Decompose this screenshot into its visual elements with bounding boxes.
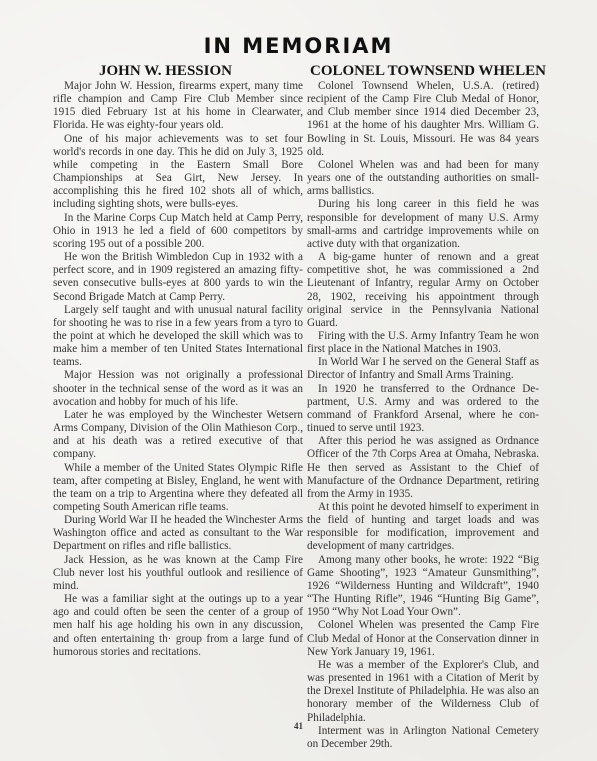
paragraph: One of his major achievements was to set… <box>53 133 303 212</box>
paragraph: Later he was employed by the Winchester … <box>53 409 303 462</box>
right-column-whelen: COLONEL TOWNSEND WHELEN Colonel Townsend… <box>307 63 539 751</box>
whelen-heading: COLONEL TOWNSEND WHELEN <box>307 63 539 79</box>
hession-body: Major John W. Hession, firearms expert, … <box>53 80 303 659</box>
paragraph: Jack Hession, as he was known at the Cam… <box>53 554 303 593</box>
paragraph: Among many other books, he wrote: 1922 “… <box>307 554 539 620</box>
paragraph: Largely self taught and with unusual nat… <box>53 304 303 370</box>
paragraph: Colonel Townsend Whelen, U.S.A. (retired… <box>307 80 539 159</box>
paragraph: In 1920 he transferred to the Ordnance D… <box>307 383 539 436</box>
document-page: IN MEMORIAM JOHN W. HESSION Major John W… <box>0 0 597 761</box>
paragraph: After this period he was assigned as Ord… <box>307 435 539 501</box>
paragraph: Colonel Whelen was presented the Camp Fi… <box>307 619 539 658</box>
whelen-body: Colonel Townsend Whelen, U.S.A. (retired… <box>307 80 539 751</box>
paragraph: He was a member of the Explorer's Club, … <box>307 659 539 725</box>
paragraph: Interment was in Arlington National Ceme… <box>307 725 539 751</box>
paragraph: He won the British Wimbledon Cup in 1932… <box>53 251 303 304</box>
paragraph: He was a familiar sight at the outings u… <box>53 593 303 659</box>
paragraph: In World War I he served on the General … <box>307 356 539 382</box>
paragraph: Colonel Whelen was and had been for many… <box>307 159 539 198</box>
paragraph: Major John W. Hession, firearms expert, … <box>53 80 303 133</box>
paragraph: A big-game hunter of renown and a great … <box>307 251 539 330</box>
paragraph: Firing with the U.S. Army Infantry Team … <box>307 330 539 356</box>
left-column-hession: JOHN W. HESSION Major John W. Hession, f… <box>53 63 303 659</box>
paragraph: At this point he devoted himself to expe… <box>307 501 539 554</box>
hession-heading: JOHN W. HESSION <box>53 63 303 79</box>
paragraph: During World War II he headed the Win­ch… <box>53 514 303 553</box>
paragraph: While a member of the United States Olym… <box>53 462 303 515</box>
paragraph: Major Hession was not originally a profe… <box>53 369 303 408</box>
page-number: 41 <box>294 721 303 731</box>
paragraph: In the Marine Corps Cup Match held at Ca… <box>53 212 303 251</box>
paragraph: During his long career in this field he … <box>307 198 539 251</box>
page-title: IN MEMORIAM <box>0 34 597 58</box>
